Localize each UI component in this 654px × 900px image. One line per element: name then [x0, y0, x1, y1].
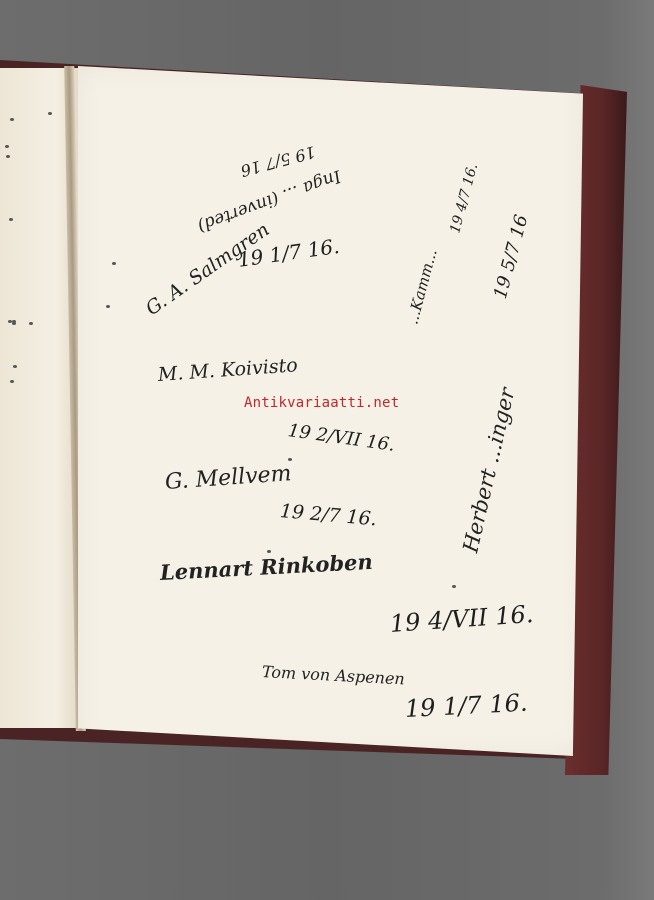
speck: [12, 322, 16, 325]
speck: [48, 112, 52, 115]
speck: [112, 262, 116, 265]
speck: [10, 118, 14, 121]
speck: [29, 322, 33, 325]
speck: [6, 155, 10, 158]
speck: [9, 218, 13, 221]
speck: [5, 145, 9, 148]
speck: [452, 585, 456, 588]
speck: [267, 550, 271, 553]
watermark: Antikvariaatti.net: [244, 395, 399, 411]
speck: [13, 365, 17, 368]
speck: [10, 380, 14, 383]
speck: [106, 305, 110, 308]
